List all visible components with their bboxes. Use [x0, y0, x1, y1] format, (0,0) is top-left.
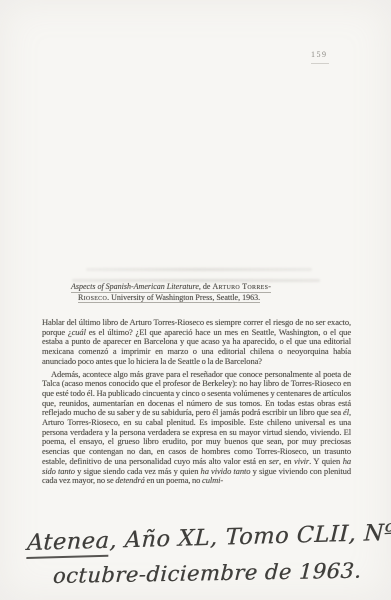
bleed-through-smudge — [86, 268, 312, 271]
review-body-text: Hablar del último libro de Arturo Torres… — [42, 318, 351, 486]
scanned-document-page: 159 Aspects of Spanish-American Literatu… — [0, 0, 391, 600]
paragraph-1: Hablar del último libro de Arturo Torres… — [42, 318, 351, 367]
annotation-line-1: Atenea, Año XL, Tomo CLII, Nº:402, — [26, 518, 391, 556]
citation-line-2: Rioseco. University of Washington Press,… — [71, 293, 329, 304]
citation-line-1-text: Aspects of Spanish-American Literature, … — [71, 282, 271, 293]
paragraph-2: Además, acontece algo más grave para el … — [42, 370, 351, 486]
review-citation-heading: Aspects of Spanish-American Literature, … — [71, 282, 329, 303]
citation-line-1: Aspects of Spanish-American Literature, … — [71, 282, 329, 293]
annotation-line-2: octubre-diciembre de 1963. — [52, 559, 362, 588]
page-number-underline — [311, 63, 329, 64]
page-number: 159 — [311, 50, 328, 59]
citation-line-2-text: Rioseco. University of Washington Press,… — [78, 293, 260, 304]
